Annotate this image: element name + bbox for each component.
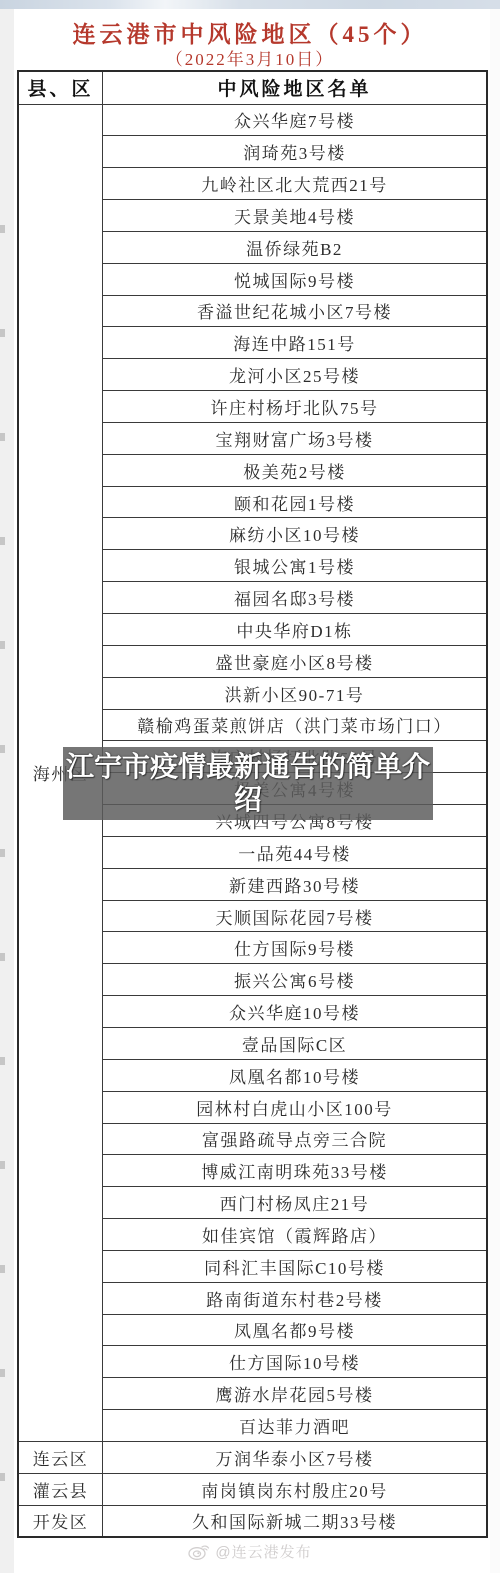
table-row: 开发区久和国际新城二期33号楼 — [18, 1505, 487, 1537]
area-cell: 温侨绿苑B2 — [103, 231, 488, 263]
watermark-handle: @连云港发布 — [215, 1541, 311, 1562]
area-cell: 洪新小区90-71号 — [103, 677, 488, 709]
area-cell: 盛世豪庭小区8号楼 — [103, 645, 488, 677]
area-cell: 如佳宾馆（霞辉路店） — [103, 1219, 488, 1251]
area-cell: 一品苑44号楼 — [103, 836, 488, 868]
district-cell: 开发区 — [18, 1505, 103, 1537]
area-cell: 中央华府D1栋 — [103, 614, 488, 646]
caption-text: 江宁市疫情最新通告的简单介绍 — [63, 751, 433, 815]
area-cell: 凤凰名都10号楼 — [103, 1059, 488, 1091]
area-cell: 仕方国际9号楼 — [103, 932, 488, 964]
left-margin — [0, 9, 14, 1573]
table-body: 海州区众兴华庭7号楼润琦苑3号楼九岭社区北大荒西21号天景美地4号楼温侨绿苑B2… — [18, 104, 487, 1537]
area-cell: 万润华泰小区7号楼 — [103, 1441, 488, 1473]
area-cell: 同科汇丰国际C10号楼 — [103, 1250, 488, 1282]
area-cell: 赣榆鸡蛋菜煎饼店（洪门菜市场门口） — [103, 709, 488, 741]
area-cell: 凤凰名都9号楼 — [103, 1314, 488, 1346]
area-cell: 海连中路151号 — [103, 327, 488, 359]
header-row: 县、区 中风险地区名单 — [18, 71, 487, 104]
area-cell: 博威江南明珠苑33号楼 — [103, 1155, 488, 1187]
area-cell: 悦城国际9号楼 — [103, 263, 488, 295]
area-cell: 南岗镇岗东村殷庄20号 — [103, 1473, 488, 1505]
area-cell: 仕方国际10号楼 — [103, 1346, 488, 1378]
area-cell: 西门村杨凤庄21号 — [103, 1187, 488, 1219]
page-subtitle: （2022年3月10日） — [0, 45, 500, 70]
area-cell: 银城公寓1号楼 — [103, 550, 488, 582]
weibo-icon — [188, 1543, 210, 1560]
area-cell: 麻纺小区10号楼 — [103, 518, 488, 550]
area-cell: 天顺国际花园7号楼 — [103, 900, 488, 932]
area-cell: 众兴华庭7号楼 — [103, 104, 488, 136]
area-cell: 富强路疏导点旁三合院 — [103, 1123, 488, 1155]
area-cell: 路南街道东村巷2号楼 — [103, 1282, 488, 1314]
area-cell: 天景美地4号楼 — [103, 200, 488, 232]
table-row: 连云区万润华泰小区7号楼 — [18, 1441, 487, 1473]
district-cell: 灌云县 — [18, 1473, 103, 1505]
area-cell: 福园名邸3号楼 — [103, 582, 488, 614]
top-band — [0, 0, 500, 9]
district-cell: 连云区 — [18, 1441, 103, 1473]
area-cell: 鹰游水岸花园5号楼 — [103, 1378, 488, 1410]
area-cell: 龙河小区25号楼 — [103, 359, 488, 391]
area-cell: 园林村白虎山小区100号 — [103, 1091, 488, 1123]
area-cell: 百达菲力酒吧 — [103, 1410, 488, 1442]
watermark: @连云港发布 — [0, 1541, 500, 1562]
area-cell: 众兴华庭10号楼 — [103, 996, 488, 1028]
area-cell: 久和国际新城二期33号楼 — [103, 1505, 488, 1537]
area-cell: 宝翔财富广场3号楼 — [103, 422, 488, 454]
caption-overlay: 江宁市疫情最新通告的简单介绍 — [63, 747, 433, 820]
table-row: 海州区众兴华庭7号楼 — [18, 104, 487, 136]
area-cell: 新建西路30号楼 — [103, 868, 488, 900]
column-header-list: 中风险地区名单 — [103, 71, 488, 104]
area-cell: 九岭社区北大荒西21号 — [103, 168, 488, 200]
area-cell: 许庄村杨圩北队75号 — [103, 391, 488, 423]
page: 连云港市中风险地区（45个） （2022年3月10日） 县、区 中风险地区名单 … — [0, 0, 500, 1573]
area-cell: 壹品国际C区 — [103, 1027, 488, 1059]
column-header-district: 县、区 — [18, 71, 103, 104]
table-row: 灌云县南岗镇岗东村殷庄20号 — [18, 1473, 487, 1505]
area-cell: 振兴公寓6号楼 — [103, 964, 488, 996]
area-cell: 极美苑2号楼 — [103, 454, 488, 486]
area-cell: 颐和花园1号楼 — [103, 486, 488, 518]
area-cell: 香溢世纪花城小区7号楼 — [103, 295, 488, 327]
area-cell: 润琦苑3号楼 — [103, 136, 488, 168]
